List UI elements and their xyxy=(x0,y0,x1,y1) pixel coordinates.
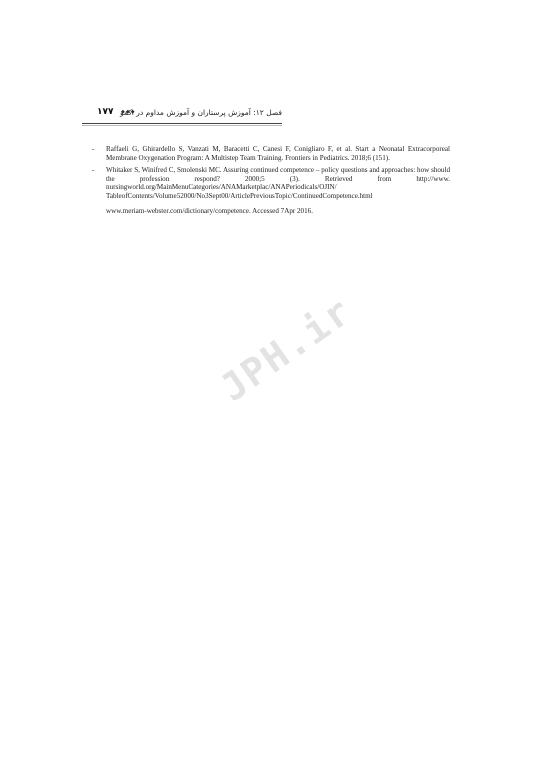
running-header: ۱۷۷ ◆◆◆ فصل ۱۲: آموزش پرستاران و آموزش م… xyxy=(82,108,282,122)
bullet: - xyxy=(92,145,94,154)
bullet: - xyxy=(92,166,94,175)
watermark: JPH.ir xyxy=(212,288,360,410)
chapter-title: فصل ۱۲: آموزش پرستاران و آموزش مداوم در … xyxy=(120,108,282,117)
reference-item: - Raffaeli G, Ghirardello S, Vanzati M, … xyxy=(92,145,450,162)
reference-item: - Whitaker S, Winifred C, Smolenski MC. … xyxy=(92,166,450,200)
reference-text: Raffaeli G, Ghirardello S, Vanzati M, Ba… xyxy=(106,145,450,162)
reference-list: - Raffaeli G, Ghirardello S, Vanzati M, … xyxy=(92,145,450,215)
header-rule-secondary xyxy=(82,125,282,126)
reference-url-line: www.meriam-webster.com/dictionary/compet… xyxy=(92,207,450,216)
header-rule xyxy=(82,123,282,124)
page-number: ۱۷۷ xyxy=(97,107,113,117)
reference-text: Whitaker S, Winifred C, Smolenski MC. As… xyxy=(106,166,450,200)
